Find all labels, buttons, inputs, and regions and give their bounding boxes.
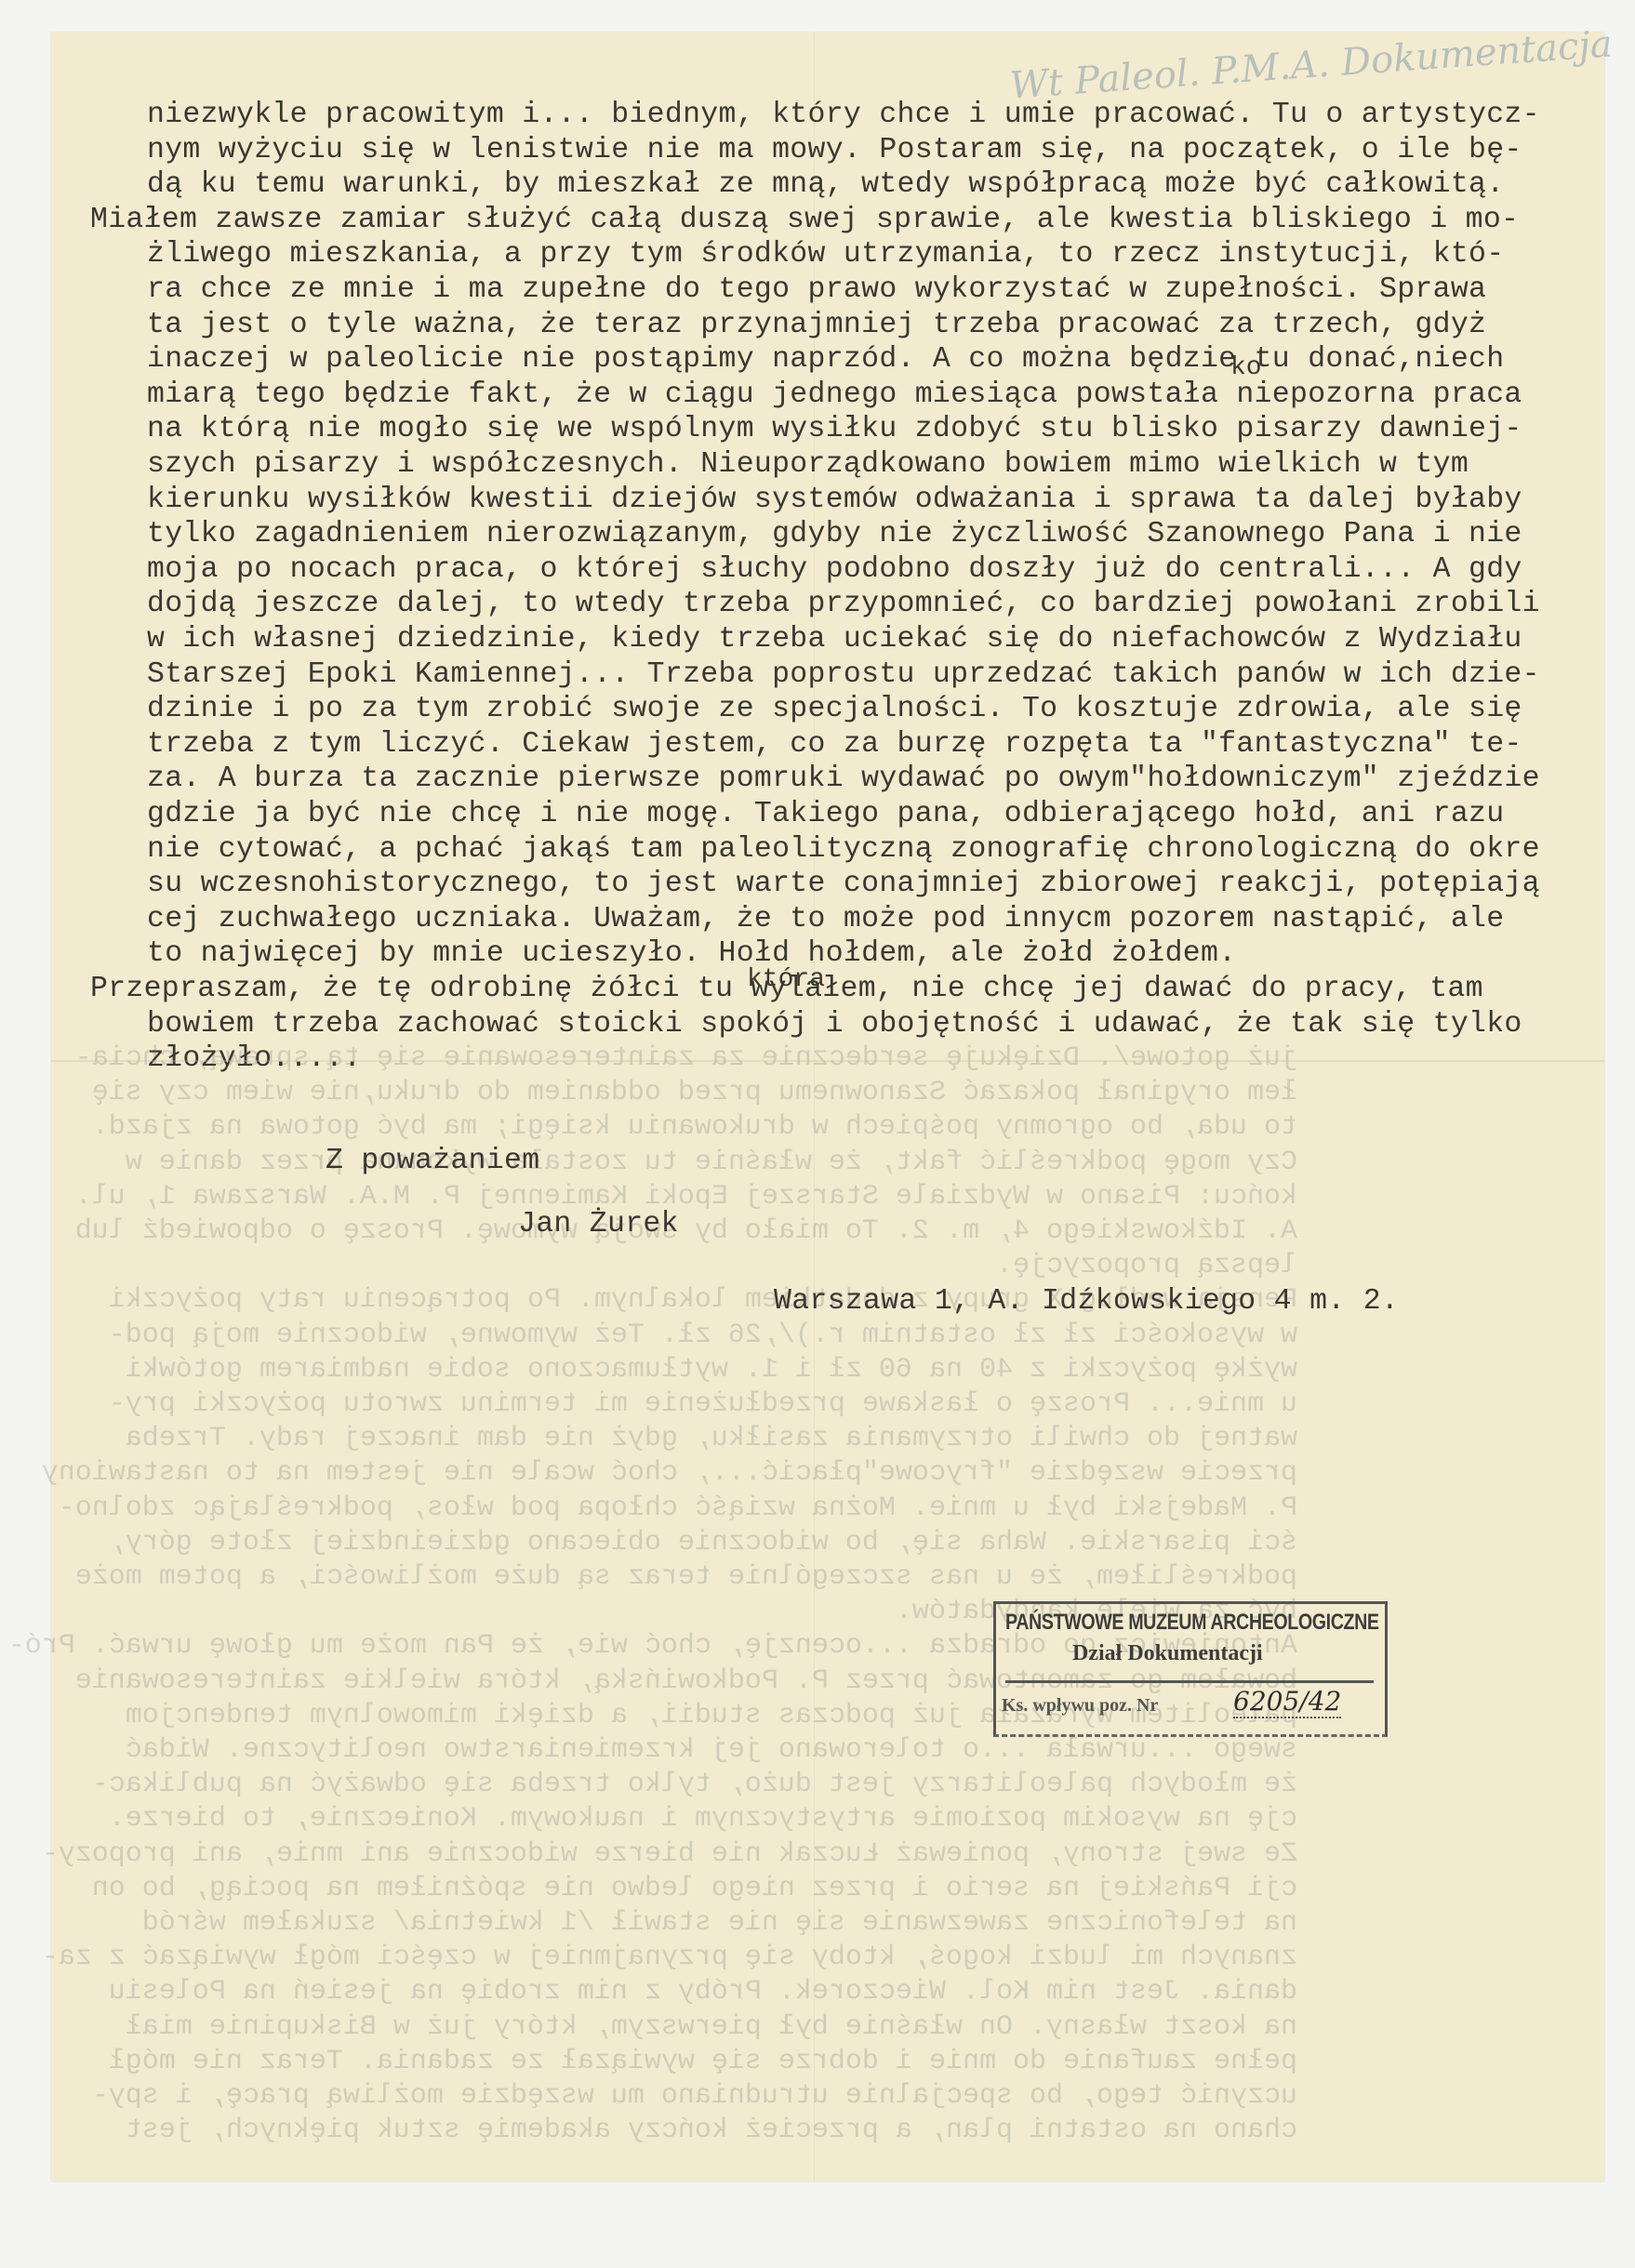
bleed-through-line: znanych mi ludzi kogoś, ktoby się przyna… — [42, 1941, 1297, 1975]
closing-salutation: Z poważaniem — [326, 1144, 539, 1178]
typed-line: su wczesnohistorycznego, to jest warte c… — [147, 867, 1540, 901]
bleed-through-line: ści pisarskie. Waha się, bo widocznie ob… — [109, 1526, 1297, 1560]
stamp-divider — [1005, 1680, 1374, 1683]
typed-line: gdzie ja być nie chcę i nie mogę. Takieg… — [147, 797, 1504, 831]
typed-line: inaczej w paleolicie nie postąpimy naprz… — [147, 342, 1504, 377]
bleed-through-line: A. Idźkowskiego 4, m. 2. To miało by swo… — [75, 1214, 1297, 1249]
typed-line: Starszej Epoki Kamiennej... Trzeba popro… — [147, 657, 1540, 692]
typed-line: szych pisarzy i współczesnych. Nieuporzą… — [147, 447, 1469, 482]
typed-line: trzeba z tym liczyć. Ciekaw jestem, co z… — [147, 727, 1522, 762]
bleed-through-line: watnej do chwili otrzymania zasiłku, gdy… — [126, 1422, 1297, 1456]
typed-line: za. A burza ta zacznie pierwsze pomruki … — [147, 762, 1540, 796]
typed-insertion-ktora: która — [747, 965, 825, 994]
bleed-through-line: to uda, bo ogromny pośpiech w drukowaniu… — [92, 1110, 1297, 1145]
bleed-through-line: przecie wszędzie "frycowe"płacić..., cho… — [42, 1456, 1297, 1491]
typed-line: to najwięcej by mnie ucieszyło. Hołd hoł… — [147, 936, 1236, 971]
stamp-register-label: Ks. wpływu poz. Nr — [1002, 1695, 1158, 1717]
typed-line: cej zuchwałego uczniaka. Uważam, że to m… — [147, 902, 1504, 936]
bleed-through-line: Czy mogę podkreślić fakt, że właśnie tu … — [126, 1146, 1297, 1180]
bleed-through-line: uczynić tego, bo specjalnie utrudniano m… — [92, 2079, 1297, 2114]
typed-line: dojdą jeszcze dalej, to wtedy trzeba prz… — [147, 587, 1540, 621]
bleed-through-line: lepszą propozycję. — [996, 1249, 1297, 1283]
typed-line: złożyło..... — [147, 1041, 361, 1076]
typed-insertion-ko: ko — [1230, 353, 1262, 382]
typed-line: moja po nocach praca, o której słuchy po… — [147, 552, 1522, 587]
bleed-through-line: w wysokości zł zł ostatnim r.)/,26 zł. T… — [109, 1319, 1297, 1353]
bleed-through-line: że młodych paleolitarzy jest dużo, tylko… — [92, 1768, 1297, 1802]
bleed-through-line: pełne zaufanie do mnie i dobrze się wywi… — [109, 2045, 1297, 2079]
stamp-register-number: 6205/42 — [1233, 1686, 1341, 1718]
bleed-through-line: swego ...urwała ...o tolerowano jej krze… — [126, 1733, 1297, 1768]
bleed-through-line: łem oryginał pokazać Szanownemu przed od… — [92, 1076, 1297, 1110]
typed-line: ta jest o tyle ważna, że teraz przynajmn… — [147, 308, 1486, 342]
bleed-through-line: P. Madejski był u mnie. Można wziąść chł… — [59, 1492, 1297, 1526]
bleed-through-line: podkreśliłem, że u nas szczególnie teraz… — [75, 1560, 1297, 1595]
bleed-through-line: u mnie... Proszę o łaskawe przedłużenie … — [109, 1387, 1297, 1422]
typed-line: ra chce ze mnie i ma zupełne do tego pra… — [147, 272, 1486, 307]
typed-line: na którą nie mogło się we wspólnym wysił… — [147, 412, 1522, 446]
typed-line: nie cytować, a pchać jakąś tam paleolity… — [147, 832, 1540, 867]
bleed-through-line: końcu: Pisano w Wydziale Starszej Epoki … — [75, 1180, 1297, 1214]
typed-line: kierunku wysiłków kwestii dziejów system… — [147, 483, 1522, 517]
bleed-through-line: Ze swej strony, ponieważ Łuczak nie bier… — [42, 1837, 1297, 1872]
letter-page: już gotowe/. Dziękuję serdecznie za zain… — [51, 33, 1604, 2182]
bleed-through-line: wyżkę pożyczki z 40 na 60 zł i 1. wytłum… — [126, 1353, 1297, 1387]
typed-line: żliwego mieszkania, a przy tym środków u… — [147, 237, 1504, 272]
typed-line: niezwykle pracowitym i... biednym, który… — [147, 98, 1540, 132]
bleed-through-line: cji Pańskiej na serio i przez niego ledw… — [92, 1872, 1297, 1906]
signature-name: Jan Żurek — [518, 1207, 679, 1241]
stamp-institution: PAŃSTWOWE MUZEUM ARCHEOLOGICZNE — [1005, 1610, 1379, 1636]
typed-line: dą ku temu warunki, by mieszkał ze mną, … — [147, 167, 1504, 202]
bleed-through-line: dania. Jest nim Kol. Wieczorek. Próby z … — [109, 1975, 1297, 2009]
typed-line: miarą tego będzie fakt, że w ciągu jedne… — [147, 378, 1522, 412]
bleed-through-line: chano na ostatni plan, a przecież kończy… — [126, 2114, 1297, 2148]
typed-line: Miałem zawsze zamiar służyć całą duszą s… — [90, 203, 1519, 237]
bleed-through-line: cję na wysokim poziomie artystycznym i n… — [109, 1802, 1297, 1837]
stamp-department: Dział Dokumentacji — [1072, 1641, 1263, 1666]
typed-line: tylko zagadnieniem nierozwiązanym, gdyby… — [147, 517, 1522, 551]
bleed-through-line: na telefoniczne zawezwanie się nie stawi… — [142, 1906, 1297, 1941]
sender-address: Warszawa 1, A. Idźkowskiego 4 m. 2. — [774, 1284, 1399, 1319]
typed-line: bowiem trzeba zachować stoicki spokój i … — [147, 1007, 1522, 1041]
typed-line: nym wyżyciu się w lenistwie nie ma mowy.… — [147, 133, 1522, 167]
typed-line: w ich własnej dziedzinie, kiedy trzeba u… — [147, 622, 1522, 657]
archive-stamp: PAŃSTWOWE MUZEUM ARCHEOLOGICZNE Dział Do… — [993, 1601, 1388, 1737]
bleed-through-line: na koszt własny. On właśnie był pierwszy… — [126, 2010, 1297, 2045]
typed-line: dzinie i po za tym zrobić swoje ze specj… — [147, 692, 1522, 726]
